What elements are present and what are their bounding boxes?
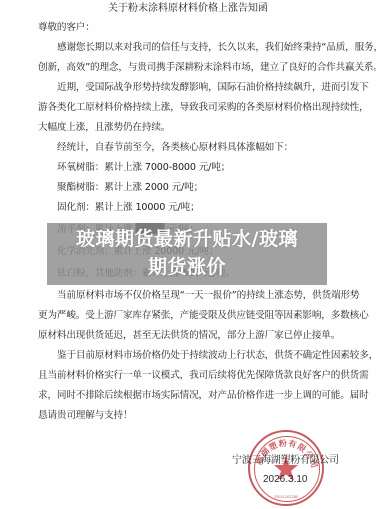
- company-name: 宁波三海湖塑粉有限公司: [232, 455, 339, 467]
- paragraph-line: 恳请贵司理解与支持！: [38, 410, 132, 422]
- paragraph-line: 感谢您长期以来对我司的信任与支持，长久以来，我们始终秉持“品质，服务，: [57, 42, 376, 54]
- paragraph-line: 经统计，自春节前至今，各类核心原材料具体涨幅如下：: [57, 142, 293, 154]
- paragraph-line: 鉴于目前原材料市场价格仍处于持续波动上行状态，供货不确定性因素较多，: [57, 350, 376, 362]
- headline-line-1: 玻璃期货最新升贴水/玻璃: [47, 225, 327, 253]
- headline-line-2: 期货涨价: [47, 253, 327, 281]
- headline-overlay-text: 玻璃期货最新升贴水/玻璃 期货涨价: [47, 225, 327, 281]
- letter-date: 2026.3.10: [263, 474, 308, 486]
- salutation: 尊敬的客户：: [38, 22, 95, 34]
- paragraph-line: 创新，高效”的理念，与贵司携手深耕粉末涂料市场，建立了良好的合作共赢关系。: [38, 62, 376, 74]
- material-item-polyester: 聚酯树脂：累计上涨 2000 元/吨；: [57, 182, 203, 194]
- document-title: 关于粉末涂料原材料价格上涨告知函: [0, 3, 376, 15]
- paragraph-line: 当前原材料市场不仅价格呈现“一天一报价”的持续上涨态势，供货端形势: [57, 290, 359, 302]
- document-page: 关于粉末涂料原材料价格上涨告知函 尊敬的客户： 感谢您长期以来对我司的信任与支持…: [0, 0, 376, 509]
- material-item-curing-agent: 固化剂：累计上涨 10000 元/吨；: [57, 202, 200, 214]
- paragraph-line: 且当前材料价格实行一单一议模式，我司后续将优先保障货款良好客户的供货需: [38, 370, 369, 382]
- paragraph-line: 大幅度上涨，且涨势仍在持续。: [38, 122, 170, 134]
- company-seal: 海湖塑粉有限公司 33021202280: [248, 430, 324, 506]
- paragraph-line: 游各类化工原材料价格持续上涨，导致我司采购的各类原材料价格出现持续性，: [38, 102, 369, 114]
- paragraph-line: 近期，受国际战争形势持续发酵影响，国际石油价格持续飙升，进而引发下: [57, 82, 369, 94]
- paragraph-line: 求，同时不排除后续根据市场实际情况，对产品价格作进一步上调的可能。届时: [38, 390, 369, 402]
- paragraph-line: 原材料出现供货延迟，甚至无法供货的情况，部分上游厂家已停止接单。: [38, 330, 340, 342]
- paragraph-line: 更为严峻。受上游厂家库存紧张，产能受限及供应链受阻等因素影响，多数核心: [38, 310, 369, 322]
- svg-text:33021202280: 33021202280: [274, 495, 299, 499]
- material-item-epoxy: 环氧树脂：累计上涨 7000-8000 元/吨；: [57, 162, 230, 174]
